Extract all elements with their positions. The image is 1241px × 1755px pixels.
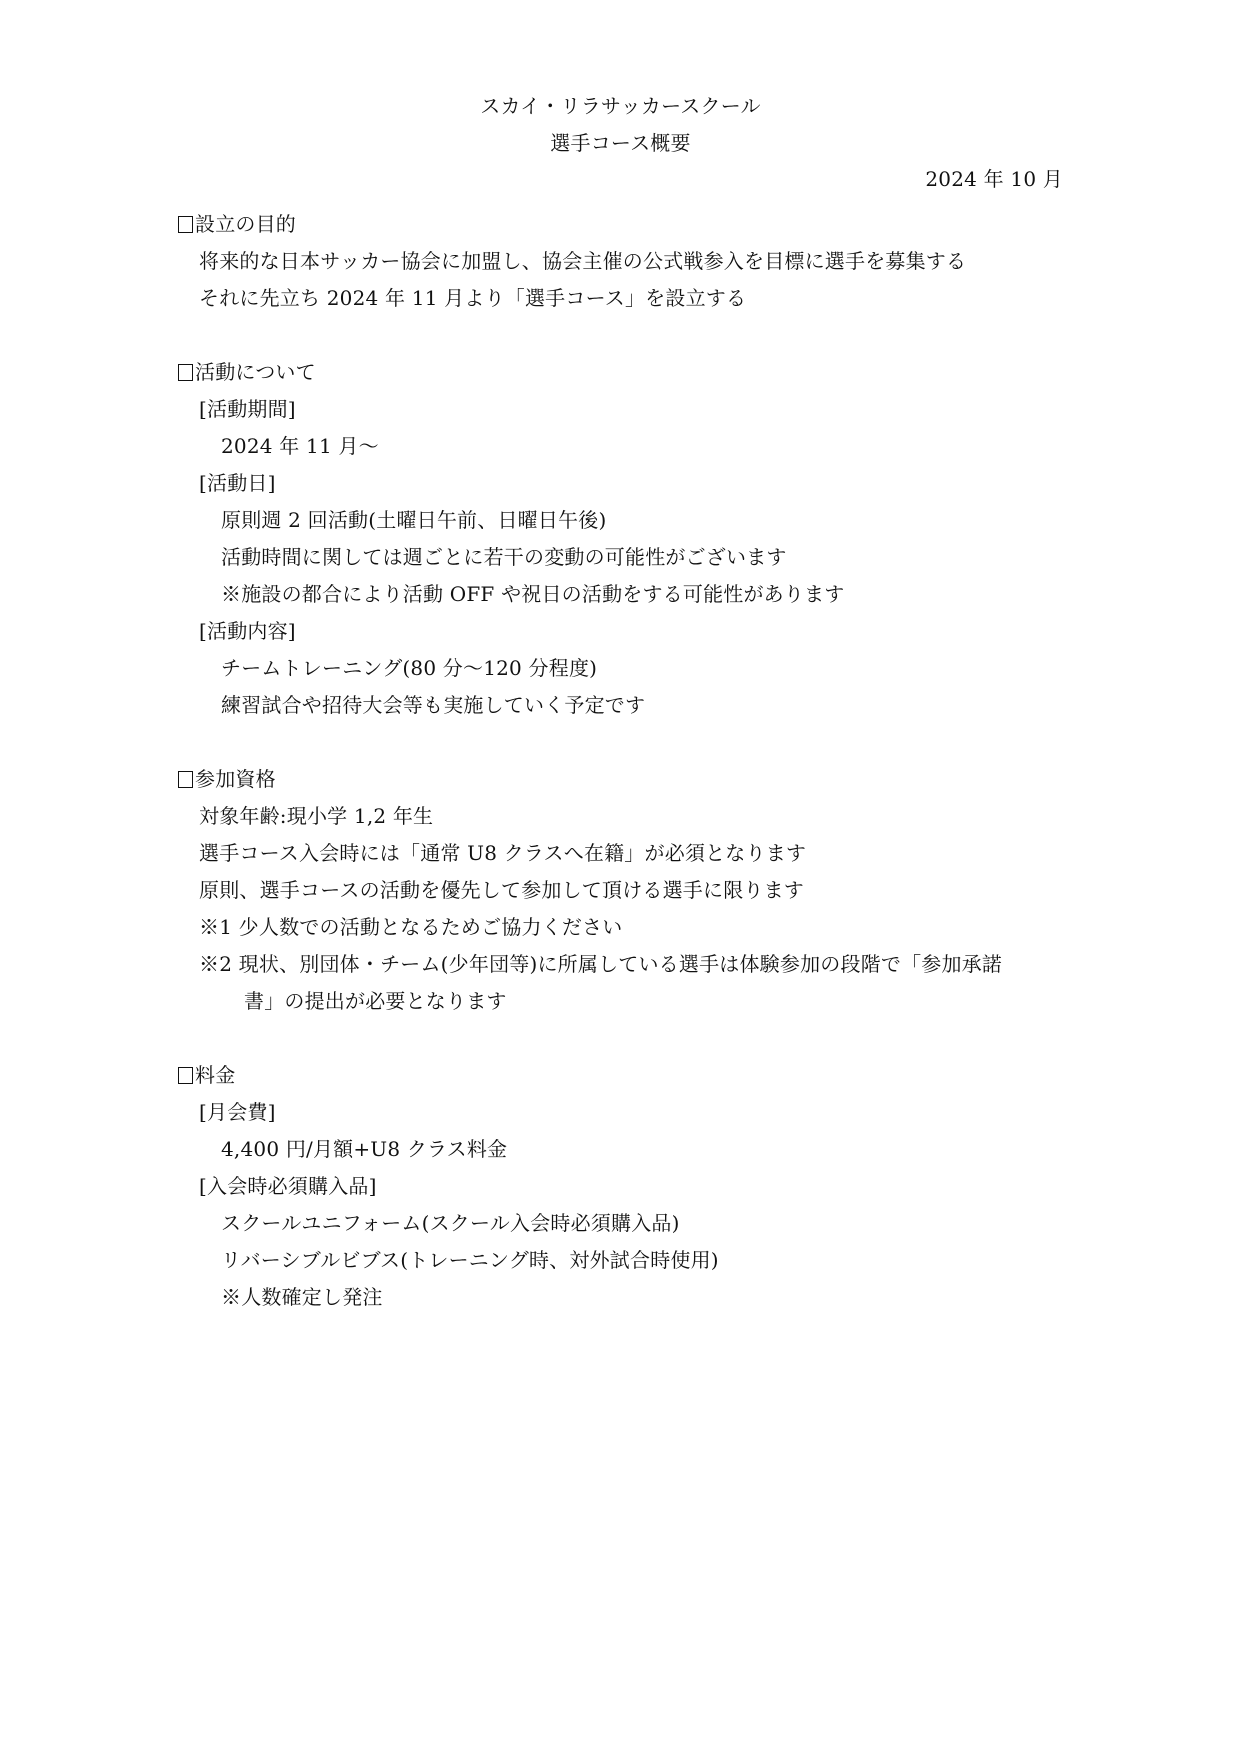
section-heading-eligibility: 参加資格 (178, 766, 276, 792)
subsection-label: [活動期間] (199, 396, 296, 422)
body-line: 2024 年 11 月～ (221, 433, 379, 459)
checkbox-square-icon (178, 364, 193, 381)
body-line: 選手コース入会時には「通常 U8 クラスへ在籍」が必須となります (199, 840, 806, 866)
body-line: ※人数確定し発注 (221, 1284, 383, 1310)
body-line: 練習試合や招待大会等も実施していく予定です (221, 692, 645, 718)
section-heading-activities: 活動について (178, 359, 316, 385)
body-line: ※1 少人数での活動となるためご協力ください (199, 914, 622, 940)
body-line: 4,400 円/月額+U8 クラス料金 (221, 1136, 507, 1162)
body-line: それに先立ち 2024 年 11 月より「選手コース」を設立する (199, 285, 746, 311)
subsection-label: [活動内容] (199, 618, 296, 644)
section-heading-text: 参加資格 (195, 767, 276, 791)
section-heading-purpose: 設立の目的 (178, 211, 296, 237)
body-line-continuation: 書」の提出が必要となります (244, 988, 507, 1014)
body-line: 活動時間に関しては週ごとに若干の変動の可能性がございます (221, 544, 787, 570)
document-date: 2024 年 10 月 (925, 166, 1063, 192)
subsection-label: [月会費] (199, 1099, 276, 1125)
body-line: ※2 現状、別団体・チーム(少年団等)に所属している選手は体験参加の段階で「参加… (199, 951, 1002, 977)
subsection-label: [入会時必須購入品] (199, 1173, 377, 1199)
body-line: 原則週 2 回活動(土曜日午前、日曜日午後) (221, 507, 606, 533)
section-heading-text: 料金 (195, 1063, 235, 1087)
body-line: 原則、選手コースの活動を優先して参加して頂ける選手に限ります (199, 877, 804, 903)
section-heading-text: 設立の目的 (195, 212, 296, 236)
checkbox-square-icon (178, 216, 193, 233)
body-line: 対象年齢:現小学 1,2 年生 (199, 803, 433, 829)
checkbox-square-icon (178, 1067, 193, 1084)
section-heading-fees: 料金 (178, 1062, 235, 1088)
checkbox-square-icon (178, 771, 193, 788)
body-line: チームトレーニング(80 分～120 分程度) (221, 655, 597, 681)
document-page: スカイ・リラサッカースクール 選手コース概要 2024 年 10 月 設立の目的… (0, 0, 1241, 1755)
body-line: リバーシブルビブス(トレーニング時、対外試合時使用) (221, 1247, 719, 1273)
document-title: スカイ・リラサッカースクール (0, 93, 1241, 119)
body-line: ※施設の都合により活動 OFF や祝日の活動をする可能性があります (221, 581, 844, 607)
document-subtitle: 選手コース概要 (0, 130, 1241, 156)
section-heading-text: 活動について (195, 360, 316, 384)
body-line: 将来的な日本サッカー協会に加盟し、協会主催の公式戦参入を目標に選手を募集する (199, 248, 966, 274)
subsection-label: [活動日] (199, 470, 276, 496)
body-line: スクールユニフォーム(スクール入会時必須購入品) (221, 1210, 680, 1236)
